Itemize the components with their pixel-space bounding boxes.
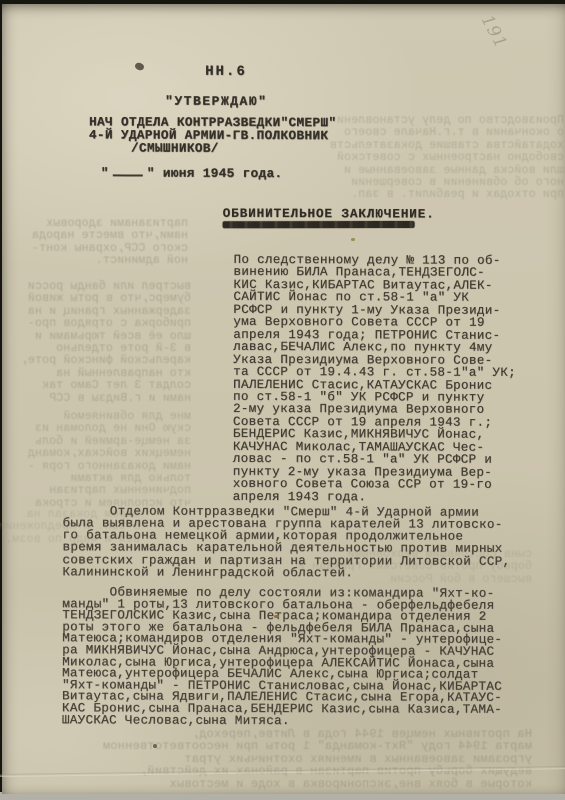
doc-code: НН.6 bbox=[205, 64, 247, 80]
typed-content: НН.6 "УТВЕРЖДАЮ" НАЧ ОТДЕЛА КОНТРРАЗВЕДК… bbox=[1, 3, 565, 795]
signature-name: /СМЫШНИКОВ/ bbox=[131, 140, 219, 155]
body-paragraph-2: Обвиняемые по делу состояли из:командира… bbox=[62, 587, 503, 728]
title-underline-bar bbox=[223, 221, 415, 228]
case-reference-block: По следственному делу № 113 по об- винен… bbox=[233, 254, 517, 504]
document-title: ОБВИНИТЕЛЬНОЕ ЗАКЛЮЧЕНИЕ. bbox=[223, 206, 435, 222]
body-paragraph-1: Отделом Контрразведки "Смерш" 4-й Ударно… bbox=[62, 505, 510, 580]
approve-stamp-label: "УТВЕРЖДАЮ" bbox=[165, 94, 267, 109]
date-line: "" июня 1945 года. bbox=[101, 163, 283, 181]
date-text: " июня 1945 года. bbox=[147, 166, 283, 181]
date-open-quote: " bbox=[101, 165, 109, 180]
paper-sheet: Производство по делу установлени о оконч… bbox=[2, 4, 565, 794]
date-blank-underline bbox=[113, 163, 143, 176]
document-scan: Производство по делу установлени о оконч… bbox=[0, 0, 565, 800]
